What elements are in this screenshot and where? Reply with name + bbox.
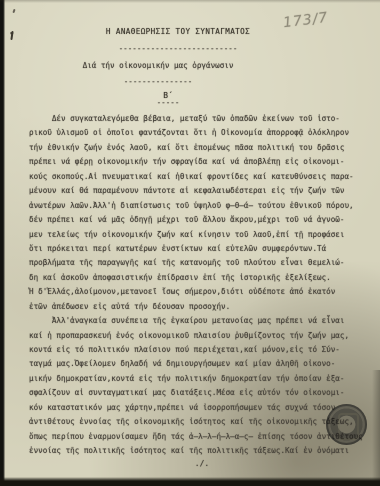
ink-speck	[12, 9, 15, 13]
typed-line: μεν τελείως τήν οἰκονομικήν ζωήν καί κίν…	[29, 228, 363, 242]
scan-edge-top	[0, 0, 380, 3]
typed-line: Δέν συγκαταλεγόμεθα βέβαια, μεταξύ τῶν ὀ…	[29, 112, 363, 126]
scan-edge-left	[0, 0, 5, 486]
typed-line: ἀντιθέτους ἐννοίας τῆς οἰκονομικῆς ἰσότη…	[29, 415, 363, 429]
subtitle-dashed-rule: ---------------	[28, 77, 288, 86]
typed-body: Δέν συγκαταλεγόμεθα βέβαια, μεταξύ τῶν ὀ…	[29, 112, 363, 459]
typed-line: σφαλίζουν αἱ συνταγματικαί μας διατάξεις…	[29, 386, 363, 400]
scan-edge-right	[372, 370, 380, 486]
typed-line: ρικοῦ ὑλισμοῦ οἱ ὁποῖοι φαντάζονται ὅτι …	[29, 126, 363, 140]
title-dashed-rule: --------------------------	[28, 44, 328, 53]
typed-line: Ἀλλ'ἀναγκαία συνέπεια τῆς ἐγκαίρου μεταν…	[29, 314, 363, 328]
typed-line: ἀνωτέρων λαῶν.Ἀλλ'ἡ διαπίστωσις τοῦ ὑψηλ…	[29, 199, 363, 213]
ink-mark	[10, 31, 13, 40]
circular-stamp-icon	[326, 404, 367, 445]
stamp-emblem	[338, 413, 359, 440]
typed-line: κούς σκοπούς.Αἱ πνευματικαί καί ἠθικαί φ…	[29, 170, 363, 184]
typed-line: προβλήματα τῆς παραγωγῆς καί τῆς κατανομ…	[29, 256, 363, 270]
typed-line: τήν ἐθνικήν ζωήν ἑνός λαοῦ, καί ὅτι ἑπομ…	[29, 141, 363, 155]
typed-line: ὅπως περίπου ἐναρμονίσαμεν ἤδη τάς ἀ̶λ̶λ…	[29, 430, 363, 444]
scanned-document-page: 173/7 Η ΑΝΑΘΕΩΡΗΣΙΣ ΤΟΥ ΣΥΝΤΑΓΜΑΤΟΣ ----…	[0, 0, 380, 486]
typed-line: κόν καταστατικόν μας χάρτην,πρέπει νά ἰσ…	[29, 401, 363, 415]
typed-line: πρέπει νά φέρῃ οἰκονομικήν τήν σφραγίδα …	[29, 155, 363, 169]
typed-line: καί ἡ προπαρασκευή ἑνός οἰκονομικοῦ πλαι…	[29, 329, 363, 343]
typed-line: δη καί ἀσκοῦν ἀποφασιστικήν ἐπίδρασιν ἐπ…	[29, 271, 363, 285]
typed-line: ταγμά μας.Ὀφείλομεν δηλαδή νά δημιουργήσ…	[29, 357, 363, 371]
typed-line: ἐννοίας τῆς πολιτικῆς ἰσότητος καί τῆς π…	[29, 444, 363, 458]
scan-edge-bottom	[0, 477, 380, 486]
typed-line: Ἡ δ'Ἑλλάς,ἀλοίμονον,μετανοεῖ ἴσως σήμερο…	[29, 285, 363, 299]
typed-line: μικήν δημοκρατίαν,κοντά εἰς τήν πολιτική…	[29, 372, 363, 386]
typed-line: μένουν καί θά παραμένουν πάντοτε αἱ κεφα…	[29, 184, 363, 198]
document-title: Η ΑΝΑΘΕΩΡΗΣΙΣ ΤΟΥ ΣΥΝΤΑΓΜΑΤΟΣ	[28, 27, 328, 36]
typed-line: κοντά εἰς τό πολιτικόν πλαίσιον πού περι…	[29, 343, 363, 357]
typed-line: ἐτῶν ἀπέδωσεν εἰς αὐτά τήν δέουσαν προσο…	[29, 300, 363, 314]
document-subtitle: Διά τήν οἰκονομικήν μας ὀργάνωσιν	[28, 61, 288, 70]
page-continuation-mark: ./.	[28, 459, 376, 468]
typed-line: ὅτι πρόκειται περί κατωτέρων ἐνστίκτων κ…	[29, 242, 363, 256]
section-dashed-rule: -----	[28, 98, 308, 107]
typed-line: δέν πρέπει καί νά μᾶς ὁδηγῇ μέχρι τοῦ ἄλ…	[29, 213, 363, 227]
